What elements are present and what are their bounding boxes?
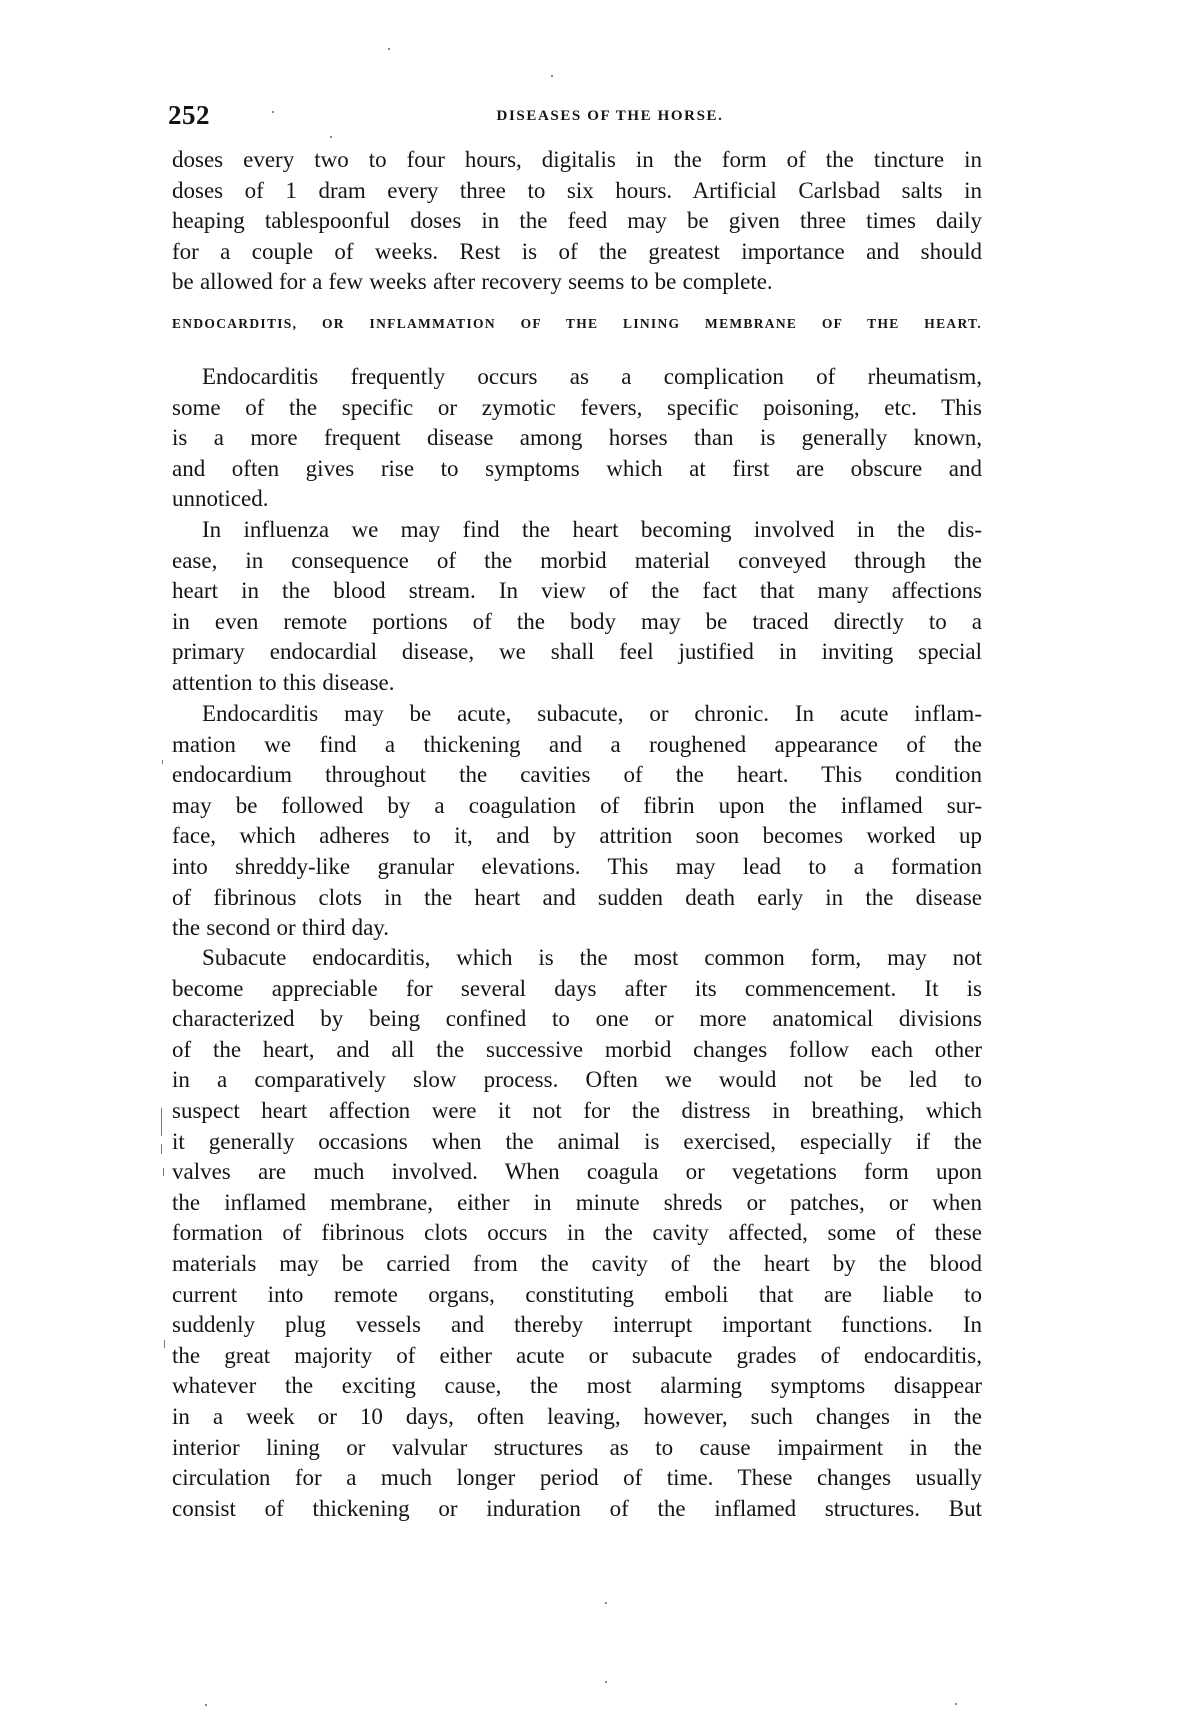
book-page: 252 DISEASES OF THE HORSE. doses every t…: [0, 0, 1200, 1714]
scan-artifact-mark: [161, 1144, 162, 1154]
text-line: primary endocardial disease, we shall fe…: [172, 637, 982, 668]
text-line: interior lining or valvular structures a…: [172, 1433, 982, 1464]
running-title: DISEASES OF THE HORSE.: [400, 108, 820, 125]
text-line: the second or third day.: [172, 913, 982, 944]
scan-artifact-mark: [163, 1168, 164, 1176]
text-line: mation we find a thickening and a roughe…: [172, 730, 982, 761]
text-line: of fibrinous clots in the heart and sudd…: [172, 883, 982, 914]
scan-artifact-speck: [605, 1681, 607, 1683]
text-line: consist of thickening or induration of t…: [172, 1494, 982, 1525]
page-number: 252: [168, 100, 210, 131]
scan-artifact-mark: [162, 760, 163, 764]
text-line: formation of fibrinous clots occurs in t…: [172, 1218, 982, 1249]
text-line: of the heart, and all the successive mor…: [172, 1035, 982, 1066]
text-line: be allowed for a few weeks after recover…: [172, 267, 982, 298]
text-line: Subacute endocarditis, which is the most…: [172, 943, 982, 974]
text-line: whatever the exciting cause, the most al…: [172, 1371, 982, 1402]
scan-artifact-mark: [164, 1340, 165, 1348]
text-line: In influenza we may find the heart becom…: [172, 515, 982, 546]
paragraph: Endocarditis may be acute, subacute, or …: [172, 699, 982, 944]
text-line: suddenly plug vessels and thereby interr…: [172, 1310, 982, 1341]
text-line: it generally occasions when the animal i…: [172, 1127, 982, 1158]
text-line: may be followed by a coagulation of fibr…: [172, 791, 982, 822]
paragraph: Endocarditis frequently occurs as a comp…: [172, 362, 982, 515]
scan-artifact-speck: [388, 48, 390, 50]
text-line: the great majority of either acute or su…: [172, 1341, 982, 1372]
text-line: valves are much involved. When coagula o…: [172, 1157, 982, 1188]
scan-artifact-speck: [272, 111, 274, 113]
text-line: characterized by being confined to one o…: [172, 1004, 982, 1035]
text-line: Endocarditis frequently occurs as a comp…: [172, 362, 982, 393]
text-line: doses every two to four hours, digitalis…: [172, 145, 982, 176]
text-line: current into remote organs, constituting…: [172, 1280, 982, 1311]
text-line: in a week or 10 days, often leaving, how…: [172, 1402, 982, 1433]
text-line: heart in the blood stream. In view of th…: [172, 576, 982, 607]
paragraph: Subacute endocarditis, which is the most…: [172, 943, 982, 1524]
continuation-paragraph: doses every two to four hours, digitalis…: [172, 145, 982, 298]
text-line: into shreddy-like granular elevations. T…: [172, 852, 982, 883]
scan-artifact-speck: [330, 136, 332, 138]
text-line: doses of 1 dram every three to six hours…: [172, 176, 982, 207]
scan-artifact-mark: [161, 1108, 162, 1136]
text-line: and often gives rise to symptoms which a…: [172, 454, 982, 485]
section-heading: ENDOCARDITIS, OR INFLAMMATION OF THE LIN…: [172, 316, 982, 332]
text-line: Endocarditis may be acute, subacute, or …: [172, 699, 982, 730]
text-line: unnoticed.: [172, 484, 982, 515]
scan-artifact-speck: [205, 1704, 207, 1706]
scan-artifact-speck: [955, 1703, 957, 1705]
text-line: in even remote portions of the body may …: [172, 607, 982, 638]
text-line: is a more frequent disease among horses …: [172, 423, 982, 454]
text-line: the inflamed membrane, either in minute …: [172, 1188, 982, 1219]
text-line: ease, in consequence of the morbid mater…: [172, 546, 982, 577]
paragraph: In influenza we may find the heart becom…: [172, 515, 982, 699]
scan-artifact-speck: [551, 75, 553, 77]
text-line: suspect heart affection were it not for …: [172, 1096, 982, 1127]
text-line: face, which adheres to it, and by attrit…: [172, 821, 982, 852]
text-line: for a couple of weeks. Rest is of the gr…: [172, 237, 982, 268]
text-line: circulation for a much longer period of …: [172, 1463, 982, 1494]
scan-artifact-speck: [605, 1602, 607, 1604]
text-line: in a comparatively slow process. Often w…: [172, 1065, 982, 1096]
text-line: become appreciable for several days afte…: [172, 974, 982, 1005]
text-line: some of the specific or zymotic fevers, …: [172, 393, 982, 424]
text-line: materials may be carried from the cavity…: [172, 1249, 982, 1280]
text-line: attention to this disease.: [172, 668, 982, 699]
text-line: heaping tablespoonful doses in the feed …: [172, 206, 982, 237]
text-line: endocardium throughout the cavities of t…: [172, 760, 982, 791]
